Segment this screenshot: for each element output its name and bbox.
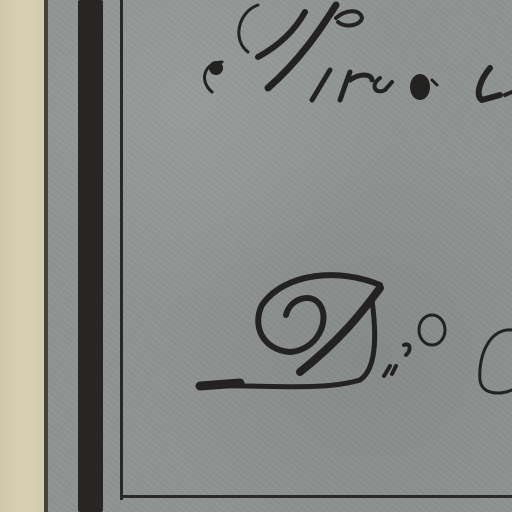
- document-photo: Sp... Provi... D.ᵒ C...: [0, 0, 512, 512]
- handwriting-strokes: [0, 0, 512, 512]
